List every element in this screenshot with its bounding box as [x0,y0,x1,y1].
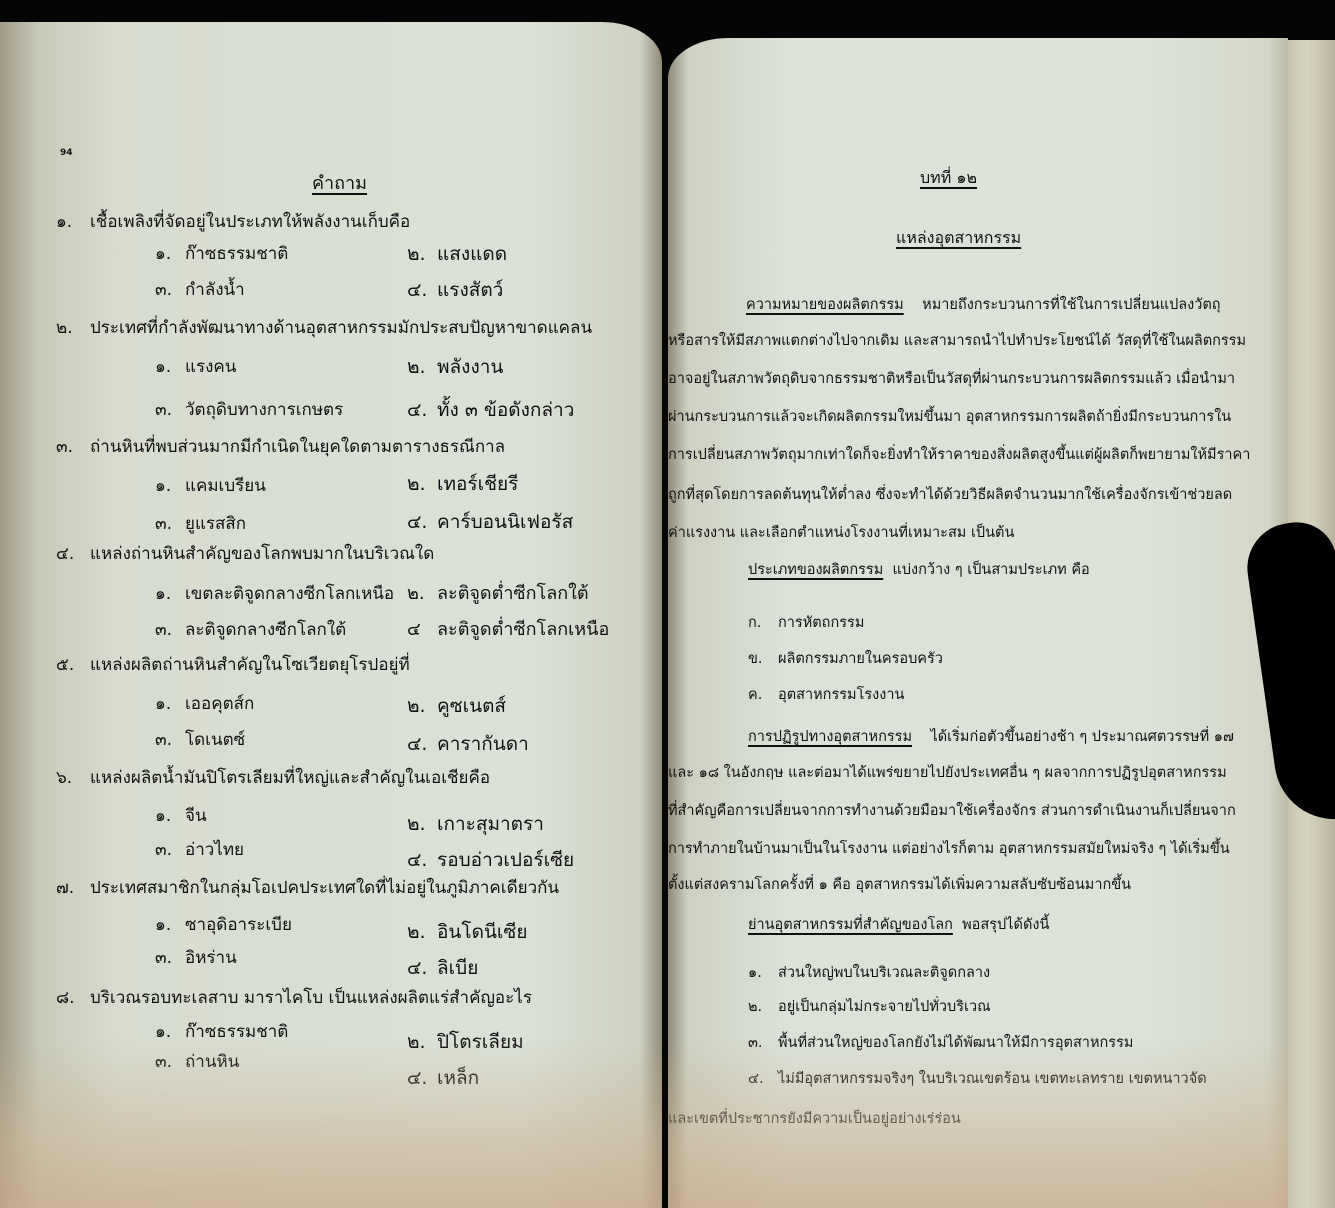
paragraph-line: และ ๑๘ ในอังกฤษ และต่อมาได้แพร่ขยายไปยัง… [668,756,1227,790]
list-item: ๑.ส่วนใหญ่พบในบริเวณละติจูดกลาง [748,956,990,990]
question-3: ๓.ถ่านหินที่พบส่วนมากมีกำเนิดในยุคใดตามต… [56,437,505,457]
list-item: ก.การหัตถกรรม [748,606,864,640]
q8-option-1: ๑.ก๊าซธรรมชาติ [155,1022,288,1042]
q7-option-1: ๑.ซาอุดิอาระเบีย [155,915,292,935]
q5-option-3: ๓.โดเนตซ์ [155,730,245,750]
section-meaning-heading-line: ความหมายของผลิตกรรม หมายถึงกระบวนการที่ใ… [746,288,1221,322]
section-revolution-heading-line: การปฏิรูปทางอุตสาหกรรม ได้เริ่มก่อตัวขึ้… [748,720,1234,754]
q4-option-3: ๓.ละติจูดกลางซีกโลกใต้ [155,620,346,640]
list-item: ข.ผลิตกรรมภายในครอบครัว [748,642,943,676]
q6-option-4: ๔.รอบอ่าวเปอร์เซีย [407,850,574,870]
q1-option-4: ๔.แรงสัตว์ [407,280,503,300]
q1-option-2: ๒.แสงแดด [407,244,507,264]
q5-option-2: ๒.คูซเนตส์ [407,696,506,716]
question-6: ๖.แหล่งผลิตน้ำมันปิโตรเลียมที่ใหญ่และสำค… [56,768,490,788]
section-heading: ความหมายของผลิตกรรม [746,297,904,313]
chapter-number: บทที่ ๑๒ [920,168,977,188]
section-heading: การปฏิรูปทางอุตสาหกรรม [748,729,912,745]
section-types-heading-line: ประเภทของผลิตกรรม แบ่งกว้าง ๆ เป็นสามประ… [748,553,1090,587]
q1-option-3: ๓.กำลังน้ำ [155,280,245,300]
q6-option-2: ๒.เกาะสุมาตรา [407,814,544,834]
q6-option-3: ๓.อ่าวไทย [155,840,244,860]
q2-option-1: ๑.แรงคน [155,357,236,377]
section-heading: ย่านอุตสาหกรรมที่สำคัญของโลก [748,917,953,933]
question-4: ๔.แหล่งถ่านหินสำคัญของโลกพบมากในบริเวณใด [56,544,434,564]
left-page: 94 คำถาม ๑.เชื้อเพลิงที่จัดอยู่ในประเภทใ… [0,22,662,1208]
page-number: 94 [60,148,73,158]
q3-option-3: ๓.ยูแรสสิก [155,514,246,534]
q4-option-1: ๑.เขตละติจูดกลางซีกโลกเหนือ [155,584,394,604]
paragraph-line: ค่าแรงงาน และเลือกตำแหน่งโรงงานที่เหมาะส… [668,516,1014,550]
q8-option-2: ๒.ปิโตรเลียม [407,1032,524,1052]
list-item: ๔.ไม่มีอุตสาหกรรมจริงๆ ในบริเวณเขตร้อน เ… [748,1062,1207,1096]
q5-option-1: ๑.เออคุตส์ก [155,694,254,714]
paragraph-line: อาจอยู่ในสภาพวัตถุดิบจากธรรมชาติหรือเป็น… [668,362,1235,396]
section-districts-heading-line: ย่านอุตสาหกรรมที่สำคัญของโลก พอสรุปได้ดั… [748,908,1049,942]
section-heading: ประเภทของผลิตกรรม [748,562,883,578]
q7-option-2: ๒.อินโดนีเซีย [407,922,527,942]
question-1: ๑.เชื้อเพลิงที่จัดอยู่ในประเภทให้พลังงาน… [56,212,410,232]
paragraph-line: และเขตที่ประชากรยังมีความเป็นอยู่อย่างเร… [668,1102,961,1136]
q8-option-4: ๔.เหล็ก [407,1068,479,1088]
q2-option-4: ๔.ทั้ง ๓ ข้อดังกล่าว [407,400,574,420]
paragraph-line: ตั้งแต่สงครามโลกครั้งที่ ๑ คือ อุตสาหกรร… [668,868,1131,902]
q2-option-2: ๒.พลังงาน [407,357,503,377]
paragraph-line: การเปลี่ยนสภาพวัตถุมากเท่าใดก็จะยิ่งทำให… [668,438,1250,472]
question-5: ๕.แหล่งผลิตถ่านหินสำคัญในโซเวียตยุโรปอยู… [56,655,410,675]
q1-option-1: ๑.ก๊าซธรรมชาติ [155,244,288,264]
list-item: ๒.อยู่เป็นกลุ่มไม่กระจายไปทั่วบริเวณ [748,990,991,1024]
question-7: ๗.ประเทศสมาชิกในกลุ่มโอเปคประเทศใดที่ไม่… [56,878,559,898]
question-8: ๘.บริเวณรอบทะเลสาบ มาราไคโบ เป็นแหล่งผลิ… [56,988,532,1008]
paragraph-line: ถูกที่สุดโดยการลดต้นทุนให้ต่ำลง ซึ่งจะทำ… [668,478,1232,512]
q6-option-1: ๑.จีน [155,806,207,826]
chapter-title: แหล่งอุตสาหกรรม [896,228,1021,248]
q8-option-3: ๓.ถ่านหิน [155,1052,239,1072]
paragraph-line: ที่สำคัญคือการเปลี่ยนจากการทำงานด้วยมือม… [668,794,1236,828]
paragraph-line: การทำภายในบ้านมาเป็นในโรงงาน แต่อย่างไรก… [668,832,1230,866]
q3-option-2: ๒.เทอร์เชียรี [407,474,518,494]
q5-option-4: ๔.คารากันดา [407,734,529,754]
right-page: บทที่ ๑๒ แหล่งอุตสาหกรรม ความหมายของผลิต… [668,38,1288,1208]
list-item: ค.อุตสาหกรรมโรงงาน [748,678,904,712]
paragraph-line: ผ่านกระบวนการแล้วจะเกิดผลิตกรรมใหม่ขึ้นม… [668,400,1231,434]
q3-option-4: ๔.คาร์บอนนิเฟอรัส [407,512,573,532]
list-item: ๓.พื้นที่ส่วนใหญ่ของโลกยังไม่ได้พัฒนาให้… [748,1026,1133,1060]
paragraph-line: หรือสารให้มีสภาพแตกต่างไปจากเดิม และสามา… [668,324,1246,358]
q4-option-2: ๒.ละติจูดต่ำซีกโลกใต้ [407,584,589,604]
q3-option-1: ๑.แคมเบรียน [155,476,266,496]
question-2: ๒.ประเทศที่กำลังพัฒนาทางด้านอุตสาหกรรมมั… [56,318,592,338]
questions-title: คำถาม [312,174,367,194]
q7-option-4: ๔.ลิเบีย [407,958,478,978]
q2-option-3: ๓.วัตถุดิบทางการเกษตร [155,400,343,420]
q4-option-4: ๔ละติจูดต่ำซีกโลกเหนือ [407,620,609,640]
q7-option-3: ๓.อิหร่าน [155,948,237,968]
